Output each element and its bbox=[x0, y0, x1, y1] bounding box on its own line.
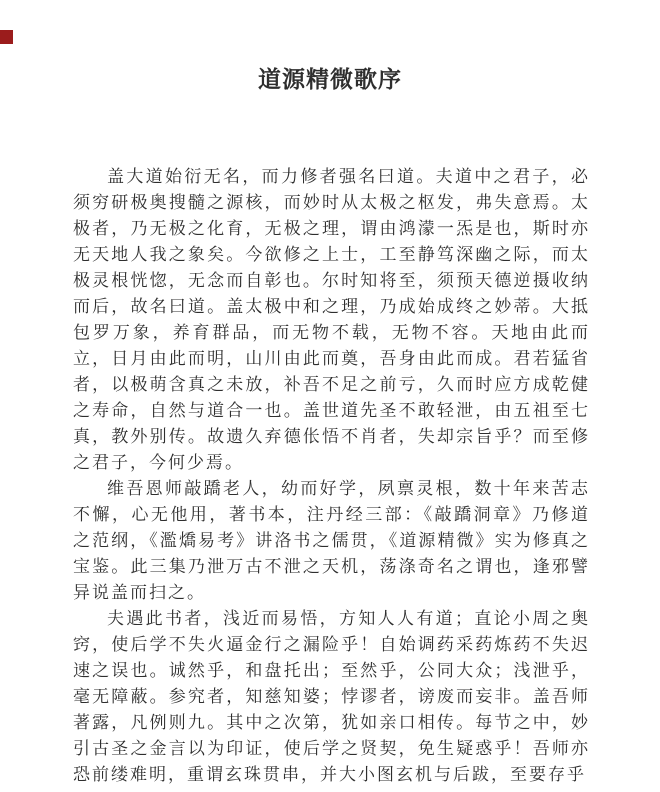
document-body: 盖大道始衍无名，而力修者强名曰道。夫道中之君子，必须穷研极奥搜髓之源核，而妙时从… bbox=[73, 164, 590, 788]
paragraph-2: 维吾恩师敲蹻老人，幼而好学，夙禀灵根，数十年来苦志不懈，心无他用，著书本，注丹经… bbox=[73, 476, 590, 606]
red-bookmark-icon bbox=[0, 30, 13, 44]
page-title: 道源精微歌序 bbox=[0, 0, 660, 94]
document-page: 道源精微歌序 盖大道始衍无名，而力修者强名曰道。夫道中之君子，必须穷研极奥搜髓之… bbox=[0, 0, 660, 792]
paragraph-3: 夫遇此书者，浅近而易悟，方知人人有道；直论小周之奥窍，使后学不失火逼金行之漏险乎… bbox=[73, 606, 590, 788]
paragraph-1: 盖大道始衍无名，而力修者强名曰道。夫道中之君子，必须穷研极奥搜髓之源核，而妙时从… bbox=[73, 164, 590, 476]
